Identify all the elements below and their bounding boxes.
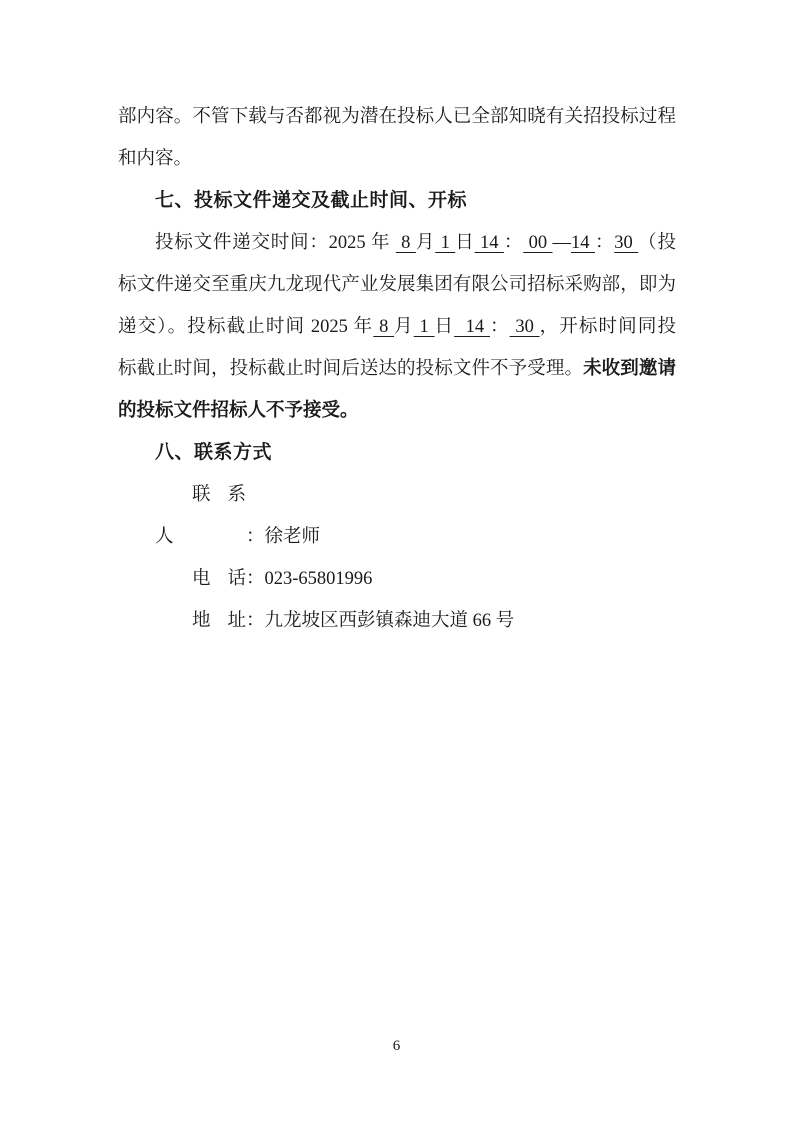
underlined-field: 14 — [454, 317, 490, 337]
underlined-field: 14 — [475, 233, 504, 253]
underlined-field: 8 — [396, 233, 416, 253]
text-segment: 月 — [416, 233, 435, 253]
text-line: 标截止时间，投标截止时间后送达的投标文件不予受理。未收到邀请 — [118, 348, 676, 390]
text-segment: 日 — [455, 233, 474, 253]
underlined-field: 30 — [614, 233, 638, 253]
contact-line: 联系人：徐老师 — [118, 474, 676, 558]
text-line: 标文件递交至重庆九龙现代产业发展集团有限公司招标采购部，即为 — [118, 264, 676, 306]
contact-colon: ： — [246, 569, 265, 589]
contact-label: 电话 — [155, 558, 246, 600]
text-line: 和内容。 — [118, 138, 676, 180]
text-segment: 投标文件递交时间：2025 年 — [155, 233, 396, 253]
text-segment: 日 — [435, 317, 455, 337]
contact-line: 电话：023-65801996 — [118, 558, 676, 600]
underlined-field: 00 — [523, 233, 552, 253]
text-segment: ： — [595, 233, 614, 253]
contact-colon: ： — [246, 611, 265, 631]
heading-line: 八、联系方式 — [118, 432, 676, 474]
text-segment: 标文件递交至重庆九龙现代产业发展集团有限公司招标采购部，即为 — [118, 275, 676, 295]
para-submission: 投标文件递交时间：2025 年 8 月 1 日 14 ： 00 —14 ：30 … — [118, 222, 676, 432]
page-number: 6 — [393, 1038, 401, 1054]
text-segment: 月 — [394, 317, 414, 337]
text-segment: 标截止时间，投标截止时间后送达的投标文件不予受理。 — [118, 359, 583, 379]
text-segment: 的投标文件招标人不予接受。 — [118, 401, 359, 421]
contact-value: 九龙坡区西彭镇森迪大道 66 号 — [265, 611, 515, 631]
page-footer: 6 — [0, 1036, 793, 1056]
underlined-field: 14 — [571, 233, 595, 253]
contact-label: 地址 — [155, 600, 246, 642]
underlined-field: 1 — [414, 317, 435, 337]
section-heading: 八、联系方式 — [155, 442, 272, 463]
contact-line: 地址：九龙坡区西彭镇森迪大道 66 号 — [118, 600, 676, 642]
section-heading: 七、投标文件递交及截止时间、开标 — [155, 190, 467, 211]
text-segment: 未收到邀请 — [583, 359, 676, 379]
underlined-field: 1 — [435, 233, 455, 253]
text-segment: ，开标时间同投 — [540, 317, 676, 337]
text-line: 投标文件递交时间：2025 年 8 月 1 日 14 ： 00 —14 ：30 … — [118, 222, 676, 264]
text-line: 的投标文件招标人不予接受。 — [118, 390, 676, 432]
text-line: 部内容。不管下载与否都视为潜在投标人已全部知晓有关招投标过程 — [118, 96, 676, 138]
contact-value: 徐老师 — [265, 527, 321, 547]
contact-info: 联系人：徐老师电话：023-65801996地址：九龙坡区西彭镇森迪大道 66 … — [118, 474, 676, 642]
text-segment: 递交）。投标截止时间 2025 年 — [118, 317, 373, 337]
text-segment: ： — [504, 233, 523, 253]
text-line: 递交）。投标截止时间 2025 年 8 月 1 日 14 ： 30 ，开标时间同… — [118, 306, 676, 348]
text-segment: — — [553, 233, 572, 253]
heading-section-8: 八、联系方式 — [118, 432, 676, 474]
heading-line: 七、投标文件递交及截止时间、开标 — [118, 180, 676, 222]
para-continuation: 部内容。不管下载与否都视为潜在投标人已全部知晓有关招投标过程和内容。 — [118, 96, 676, 180]
text-segment: 和内容。 — [118, 149, 192, 169]
underlined-field: 30 — [510, 317, 540, 337]
document-body: 部内容。不管下载与否都视为潜在投标人已全部知晓有关招投标过程和内容。七、投标文件… — [118, 96, 676, 642]
text-segment: ： — [490, 317, 510, 337]
contact-value: 023-65801996 — [265, 569, 373, 589]
document-page: 部内容。不管下载与否都视为潜在投标人已全部知晓有关招投标过程和内容。七、投标文件… — [0, 0, 793, 1122]
contact-label: 联系人 — [155, 474, 246, 558]
text-segment: （投 — [638, 233, 676, 253]
underlined-field: 8 — [373, 317, 394, 337]
heading-section-7: 七、投标文件递交及截止时间、开标 — [118, 180, 676, 222]
contact-colon: ： — [246, 527, 265, 547]
text-segment: 部内容。不管下载与否都视为潜在投标人已全部知晓有关招投标过程 — [118, 107, 676, 127]
